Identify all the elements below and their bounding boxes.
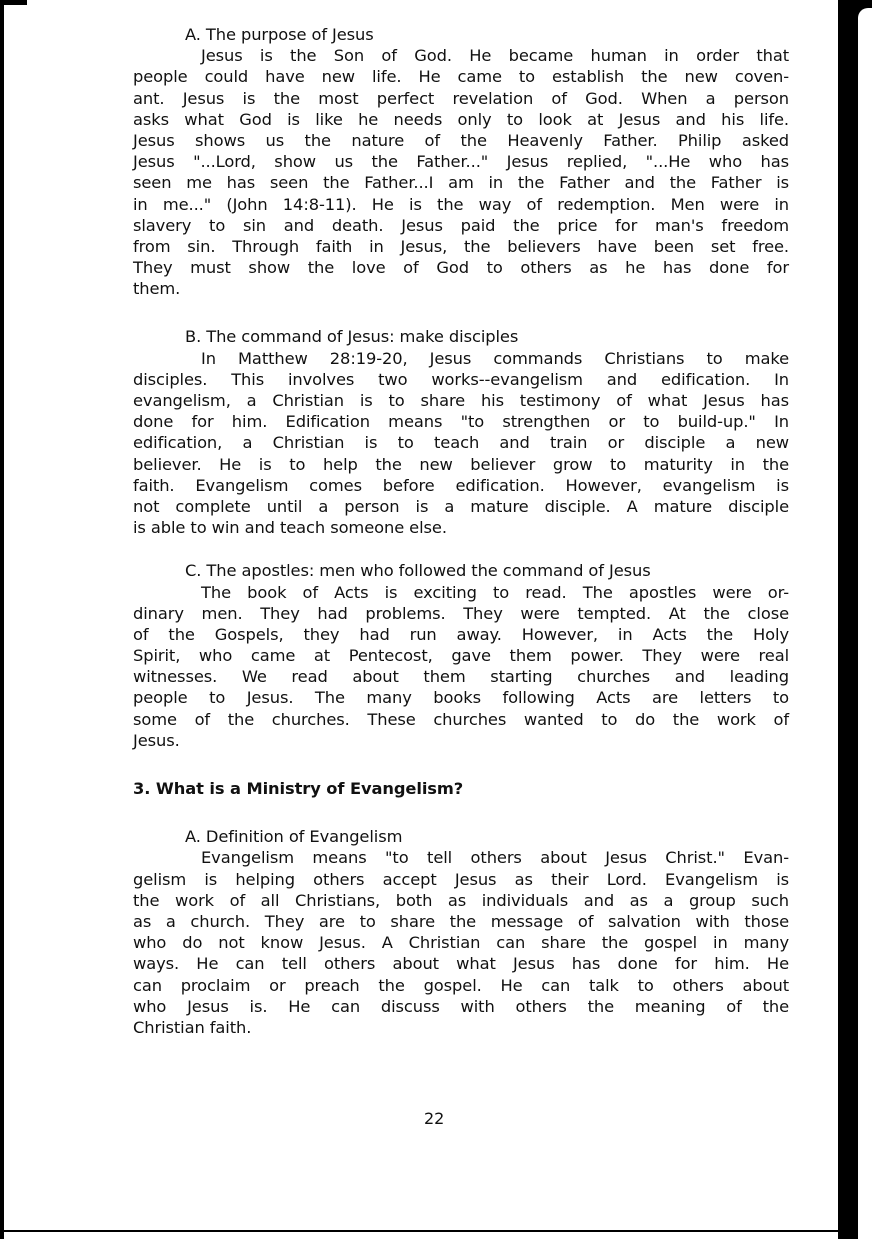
section-body-a: Jesus is the Son of God. He became human…	[133, 45, 789, 299]
section-heading-a: A. The purpose of Jesus	[133, 24, 789, 45]
text-line: not complete until a person is a mature …	[133, 496, 789, 517]
text-line: Jesus shows us the nature of the Heavenl…	[133, 130, 789, 151]
text-line: can proclaim or preach the gospel. He ca…	[133, 975, 789, 996]
text-line: They must show the love of God to others…	[133, 257, 789, 278]
text-line: Christian faith.	[133, 1017, 789, 1038]
text-line: who do not know Jesus. A Christian can s…	[133, 932, 789, 953]
text-line: done for him. Edification means "to stre…	[133, 411, 789, 432]
text-line: seen me has seen the Father...I am in th…	[133, 172, 789, 193]
text-line: who Jesus is. He can discuss with others…	[133, 996, 789, 1017]
text-line: them.	[133, 278, 789, 299]
section-body-c: The book of Acts is exciting to read. Th…	[133, 582, 789, 752]
document-page: A. The purpose of Jesus Jesus is the Son…	[133, 24, 789, 1038]
text-line: in me..." (John 14:8-11). He is the way …	[133, 194, 789, 215]
section-heading-b: B. The command of Jesus: make disciples	[133, 326, 789, 347]
scan-border-bottom	[4, 1230, 838, 1232]
text-line: dinary men. They had problems. They were…	[133, 603, 789, 624]
text-line: Evangelism means "to tell others about J…	[133, 847, 789, 868]
text-line: gelism is helping others accept Jesus as…	[133, 869, 789, 890]
text-line: ways. He can tell others about what Jesu…	[133, 953, 789, 974]
text-line: edification, a Christian is to teach and…	[133, 432, 789, 453]
text-line: as a church. They are to share the messa…	[133, 911, 789, 932]
text-line: is able to win and teach someone else.	[133, 517, 789, 538]
major-heading: 3. What is a Ministry of Evangelism?	[133, 778, 789, 799]
text-line: evangelism, a Christian is to share his …	[133, 390, 789, 411]
text-line: the work of all Christians, both as indi…	[133, 890, 789, 911]
text-line: witnesses. We read about them starting c…	[133, 666, 789, 687]
section-heading-c: C. The apostles: men who followed the co…	[133, 560, 789, 581]
scan-page-edge	[858, 8, 872, 1239]
text-line: In Matthew 28:19-20, Jesus commands Chri…	[133, 348, 789, 369]
scan-border-left	[0, 0, 4, 1239]
text-line: asks what God is like he needs only to l…	[133, 109, 789, 130]
text-line: Spirit, who came at Pentecost, gave them…	[133, 645, 789, 666]
text-line: faith. Evangelism comes before edificati…	[133, 475, 789, 496]
text-line: slavery to sin and death. Jesus paid the…	[133, 215, 789, 236]
scan-border-top	[0, 0, 27, 5]
text-line: people to Jesus. The many books followin…	[133, 687, 789, 708]
text-line: of the Gospels, they had run away. Howev…	[133, 624, 789, 645]
text-line: from sin. Through faith in Jesus, the be…	[133, 236, 789, 257]
section-body-b: In Matthew 28:19-20, Jesus commands Chri…	[133, 348, 789, 539]
section-body-definition: Evangelism means "to tell others about J…	[133, 847, 789, 1038]
text-line: Jesus is the Son of God. He became human…	[133, 45, 789, 66]
text-line: The book of Acts is exciting to read. Th…	[133, 582, 789, 603]
page-number: 22	[424, 1109, 444, 1128]
text-line: ant. Jesus is the most perfect revelatio…	[133, 88, 789, 109]
text-line: people could have new life. He came to e…	[133, 66, 789, 87]
text-line: believer. He is to help the new believer…	[133, 454, 789, 475]
text-line: disciples. This involves two works--evan…	[133, 369, 789, 390]
text-line: some of the churches. These churches wan…	[133, 709, 789, 730]
text-line: Jesus "...Lord, show us the Father..." J…	[133, 151, 789, 172]
section-heading-definition: A. Definition of Evangelism	[133, 826, 789, 847]
text-line: Jesus.	[133, 730, 789, 751]
